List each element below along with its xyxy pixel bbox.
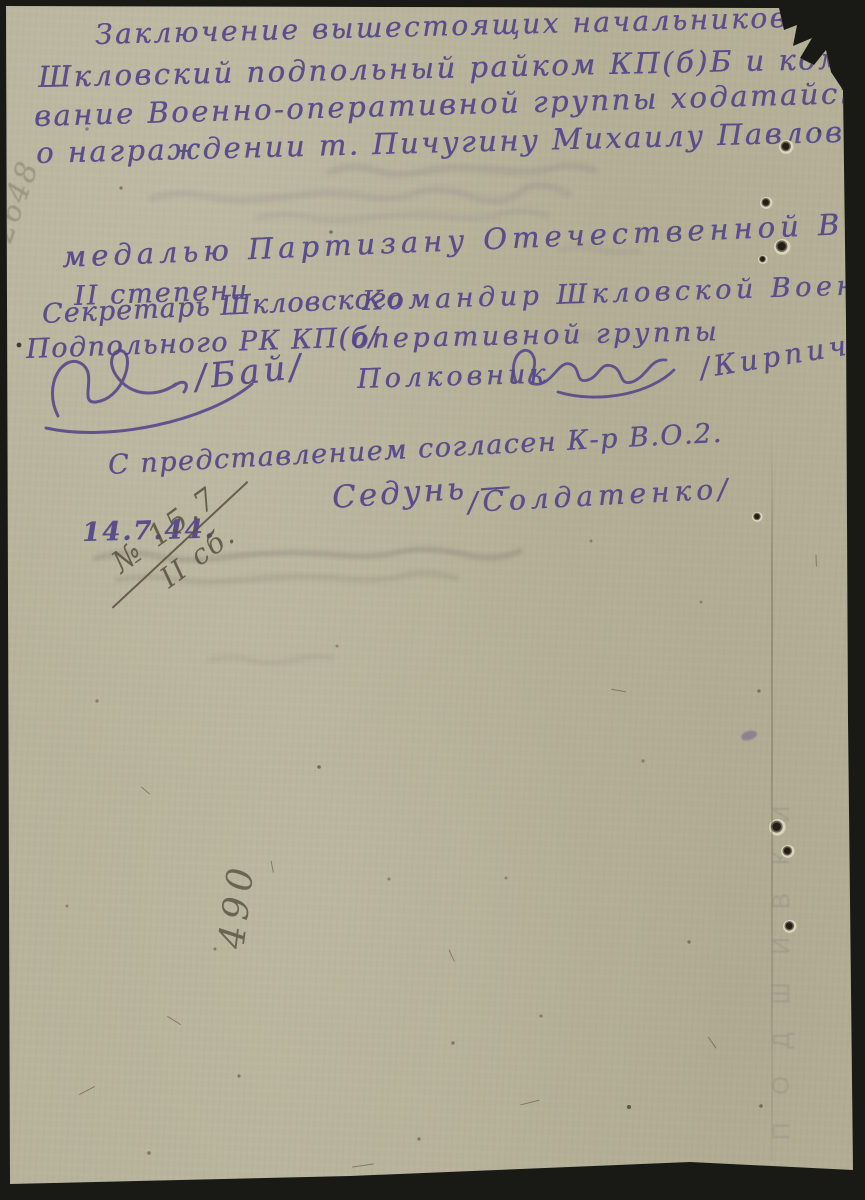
paper-fiber — [141, 787, 150, 795]
paper-fiber — [167, 1016, 181, 1026]
paper-fiber — [79, 1086, 96, 1096]
worm-hole — [758, 255, 768, 264]
paper-fiber — [352, 1163, 374, 1167]
award-medal-line: медалью Партизану Отечественной Войны — [61, 203, 865, 274]
right-signer-name: /Кирпич/ — [697, 326, 865, 385]
worm-hole — [752, 512, 763, 522]
worm-hole — [779, 140, 794, 154]
conclusion-title: Заключение вышестоящих начальников — [95, 1, 789, 51]
paper-fiber — [611, 689, 626, 693]
vertical-page-number: 490 — [212, 860, 263, 951]
worm-hole — [783, 920, 797, 933]
paper-fiber — [707, 1037, 716, 1049]
paper-fiber — [815, 555, 817, 567]
approval-line: С представлением согласен К-р В.О.2. — [107, 418, 723, 481]
paper-fiber — [448, 950, 455, 962]
worm-hole — [760, 197, 773, 209]
paper-fiber — [520, 1100, 540, 1106]
paper-speckles — [0, 0, 2, 2]
right-signer-role-2: оперативной группы — [352, 316, 721, 355]
margin-number: 2648 — [0, 156, 47, 247]
right-signer-role-1: Командир Шкловской Военно — [362, 269, 865, 317]
paper-fiber — [270, 861, 273, 873]
vertical-crease — [771, 430, 773, 1162]
worm-hole — [774, 239, 791, 255]
right-signer-rank: Полковник — [357, 359, 550, 395]
document-scan: Заключение вышестоящих начальников Шклов… — [0, 0, 865, 1200]
document-page: Заключение вышестоящих начальников Шклов… — [0, 0, 865, 1200]
worm-hole — [781, 845, 795, 858]
ink-smudge — [740, 729, 758, 743]
